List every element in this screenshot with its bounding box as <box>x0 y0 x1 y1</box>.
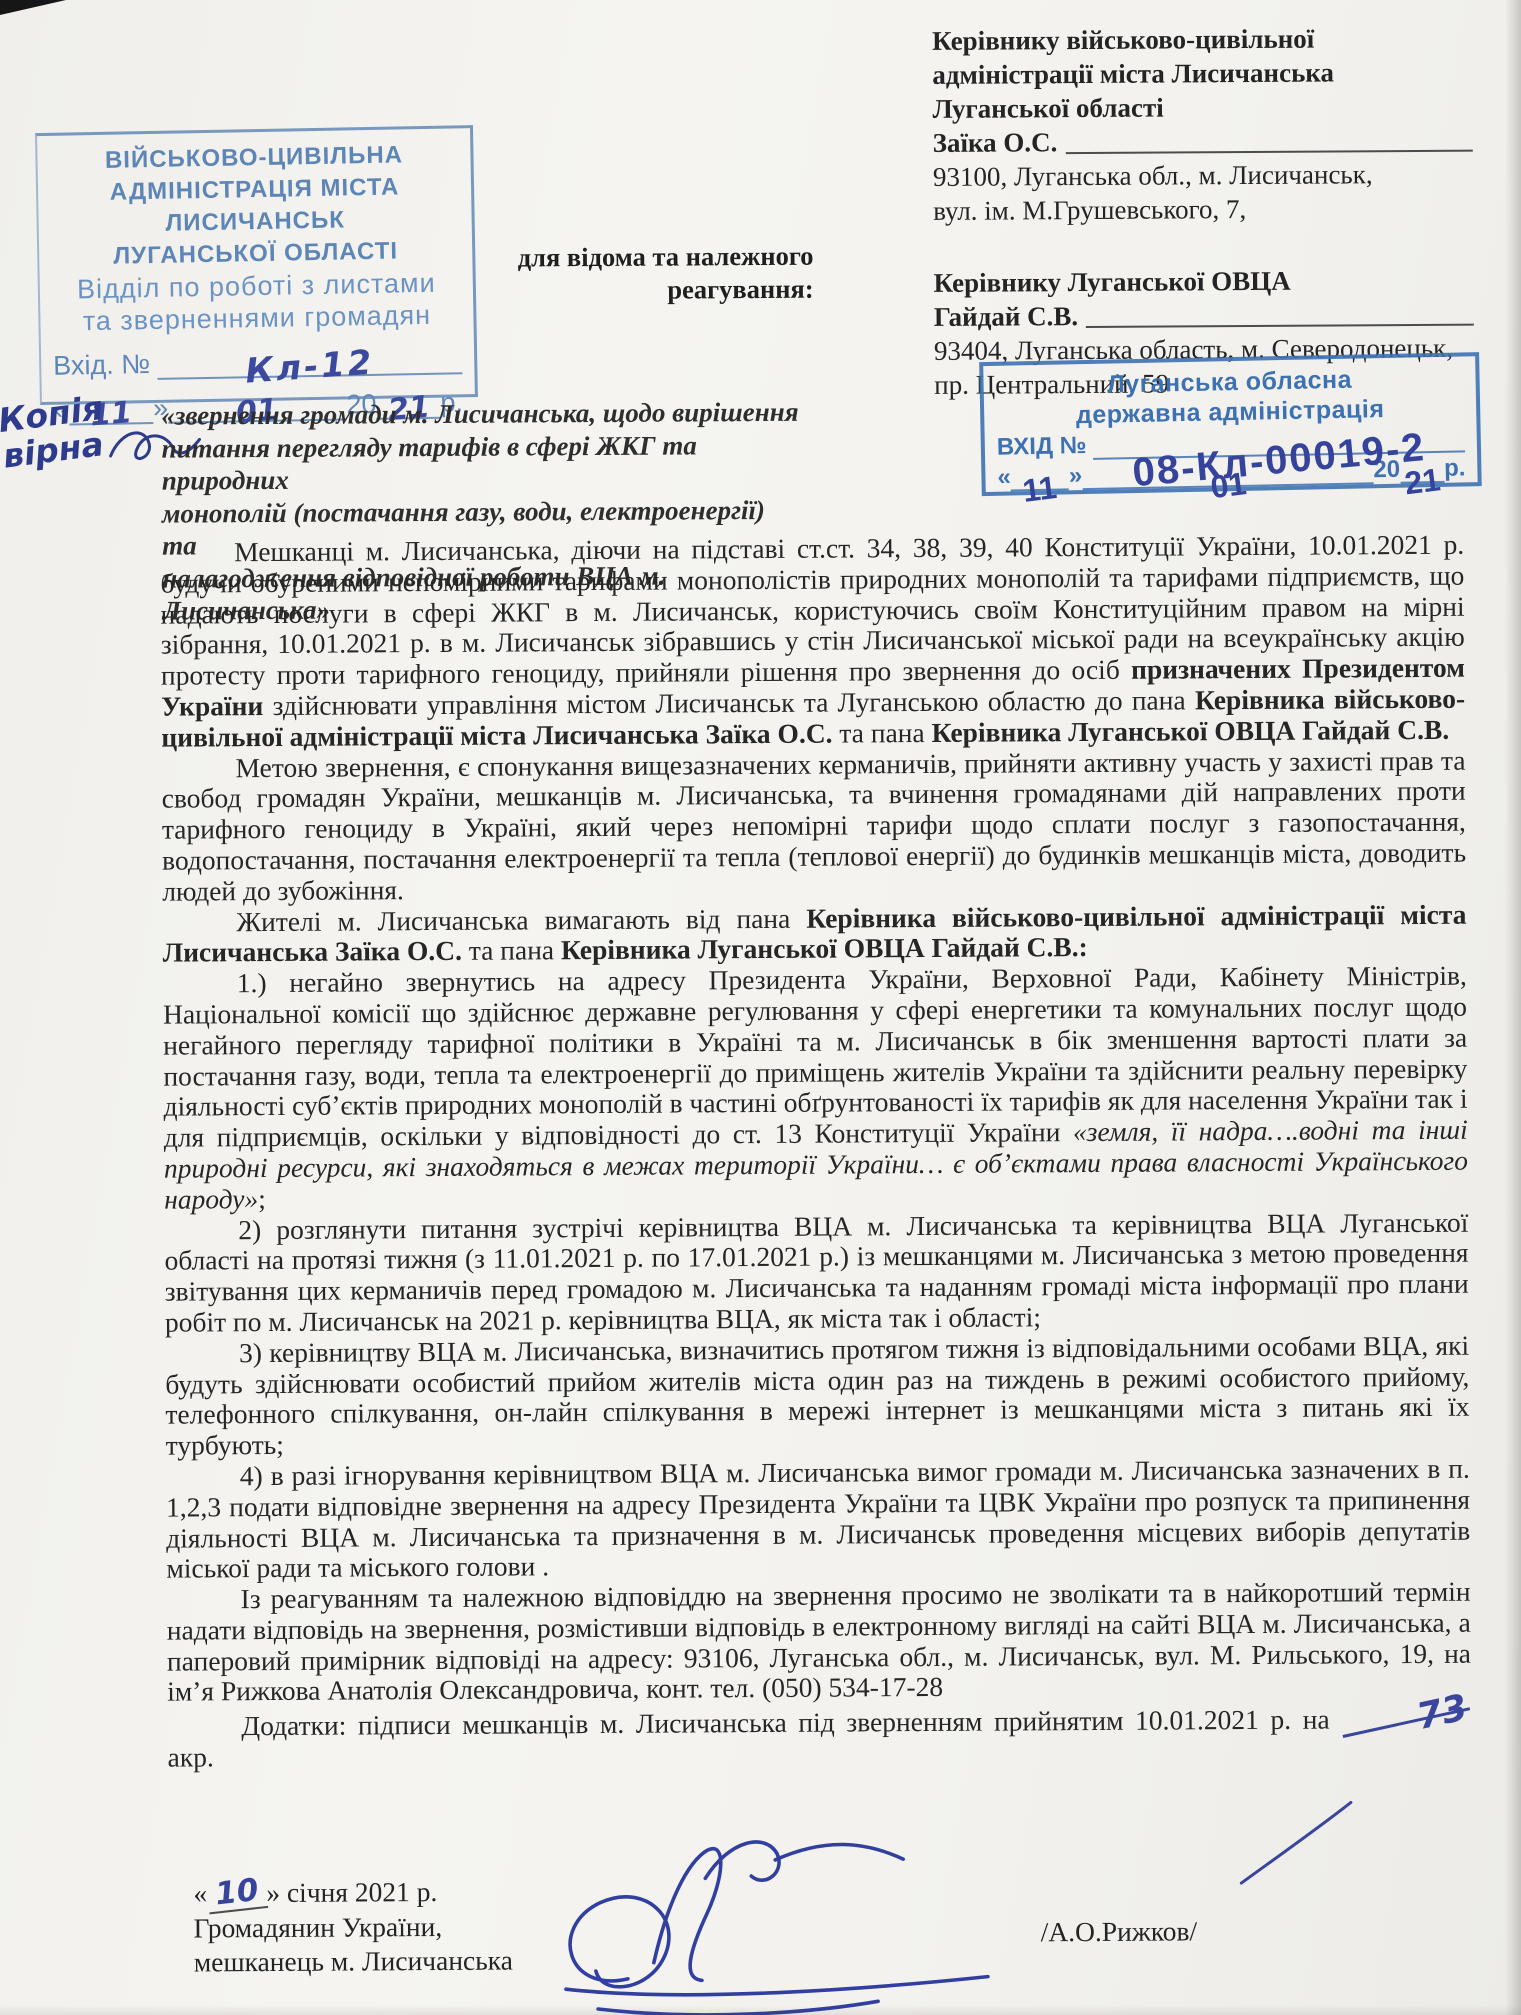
stamp-vca-entry-underline: Кл-12 <box>157 342 462 380</box>
signature-date-rest: » січня 2021 р. <box>266 1876 437 1908</box>
handwritten-73-tail-stroke <box>1233 1794 1364 1890</box>
handwritten-copy-note: Копія вірна <box>0 390 110 475</box>
body-paragraph: Жителі м. Лисичанська вимагають від пана… <box>162 899 1466 969</box>
handwritten-day: 11 <box>1021 469 1059 510</box>
stamp-vca-entry-row: Вхід. № Кл-12 <box>53 342 463 381</box>
addressee2-name-row: Гайдай С.В. <box>934 297 1474 334</box>
addressee-block: Керівнику військово-цивільної адміністра… <box>932 21 1474 402</box>
year-suffix: р. <box>1444 454 1466 482</box>
scan-edge-shadow <box>1505 0 1521 2015</box>
attachments-line: Додатки: підписи мешканців м. Лисичанськ… <box>167 1704 1471 1774</box>
scan-edge-shadow <box>0 2005 1521 2015</box>
handwritten-entry-number: Кл-12 <box>244 343 376 392</box>
addressee1-name-underline <box>1065 150 1472 154</box>
forwarding-note: для відома та належного реагування: <box>495 240 813 308</box>
stamp-oda-incoming: Луганська обласна державна адміністрація… <box>979 352 1482 496</box>
addressee2-name-underline <box>1086 324 1474 328</box>
stamp-oda-day-underline: 11 <box>1011 462 1070 491</box>
body-paragraph-demand-2: 2) розглянути питання зустрічі керівницт… <box>164 1207 1469 1338</box>
signatory-name: /А.О.Рижков/ <box>1041 1915 1198 1948</box>
signature-role-line: мешканець м. Лисичанська <box>194 1944 513 1980</box>
stamp-vca-title-line: АДМІНІСТРАЦІЯ МІСТА ЛИСИЧАНСЬК <box>50 170 460 241</box>
stamp-oda-entry-label: ВХІД № <box>997 432 1087 462</box>
quote-open: « <box>997 464 1011 492</box>
subject-line: питання перегляду тарифів в сфері ЖКГ та… <box>161 428 801 497</box>
signature-date-line: «10» січня 2021 р. <box>193 1874 512 1912</box>
signature-role-line: Громадянин України, <box>194 1910 513 1946</box>
forwarding-note-line: для відома та належного <box>495 240 813 275</box>
handwritten-year: 21 <box>1402 461 1442 502</box>
quote-close: » <box>1069 462 1083 490</box>
addressee1-name: Заїка О.С. <box>933 125 1058 160</box>
addressee1-title-line: Луганської області <box>932 89 1472 126</box>
addressee2-name: Гайдай С.В. <box>934 299 1079 334</box>
subject-line: «звернення громади м. Лисичанська, щодо … <box>161 396 801 432</box>
stamp-oda-month-underline: 01 <box>1082 456 1374 490</box>
body-paragraph-demand-1: 1.) негайно звернутись на адресу Президе… <box>163 961 1468 1215</box>
stamp-vca-incoming: ВІЙСЬКОВО-ЦИВІЛЬНА АДМІНІСТРАЦІЯ МІСТА Л… <box>35 125 478 405</box>
body-paragraph-closing: Із реагуванням та належною відповіддю на… <box>167 1577 1472 1708</box>
rizhkov-signature <box>535 1828 1016 2015</box>
stamp-oda-year-underline: 21 <box>1400 455 1445 484</box>
body-paragraph-demand-3: 3) керівництву ВЦА м. Лисичанська, визна… <box>165 1330 1470 1461</box>
addressee1-title-line: Керівнику військово-цивільної <box>932 21 1472 58</box>
stamp-vca-entry-label: Вхід. № <box>53 349 150 382</box>
address-gap <box>933 225 1473 266</box>
addressee1-name-row: Заїка О.С. <box>933 123 1473 160</box>
signature-block: «10» січня 2021 р. Громадянин України, м… <box>193 1874 513 1980</box>
body-paragraph: Мешканці м. Лисичанська, діючи на підста… <box>160 530 1465 754</box>
letter-body: Мешканці м. Лисичанська, діючи на підста… <box>160 530 1472 1774</box>
body-paragraph-demand-4: 4) в разі ігнорування керівництвом ВЦА м… <box>166 1454 1471 1585</box>
addressee2-title-line: Керівнику Луганської ОВЦА <box>933 263 1473 300</box>
addressee1-address-line: 93100, Луганська обл., м. Лисичанськ, <box>933 157 1473 194</box>
body-paragraph: Метою звернення, є спонукання вищезазнач… <box>161 745 1466 907</box>
addressee1-address-line: вул. ім. М.Грушевського, 7, <box>933 191 1473 228</box>
stamp-vca-dept-line: та зверненнями громадян <box>52 298 462 337</box>
scanned-letter-page: ВІЙСЬКОВО-ЦИВІЛЬНА АДМІНІСТРАЦІЯ МІСТА Л… <box>0 0 1521 2015</box>
handwritten-month: 01 <box>1208 465 1248 506</box>
addressee1-title-line: адміністрації міста Лисичанська <box>932 55 1472 92</box>
handwritten-day: 10 <box>205 1872 268 1914</box>
document-content: ВІЙСЬКОВО-ЦИВІЛЬНА АДМІНІСТРАЦІЯ МІСТА Л… <box>0 0 1521 2015</box>
forwarding-note-line: реагування: <box>496 273 814 308</box>
